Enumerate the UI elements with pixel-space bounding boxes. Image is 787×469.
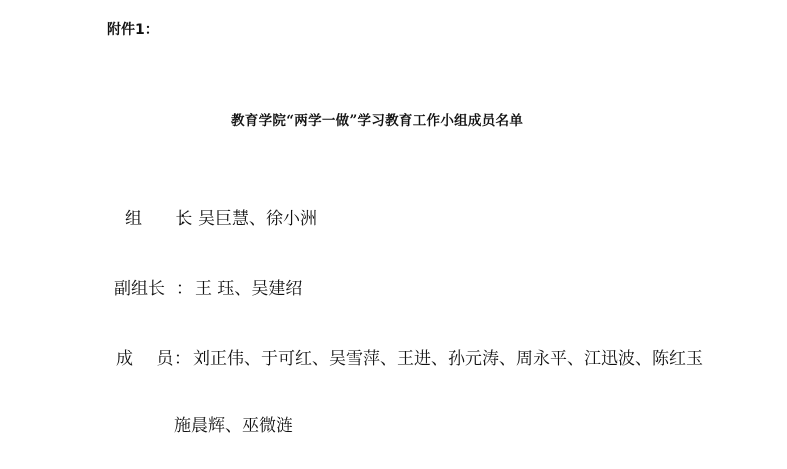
- role-names: 王 珏、吴建绍: [195, 274, 302, 299]
- role-row-leader: 组 长 ： 吴巨慧、徐小洲: [125, 204, 317, 229]
- role-label: 副组长: [114, 274, 174, 299]
- role-colon: ：: [176, 274, 193, 299]
- role-names: 刘正伟、于可红、吴雪萍、王进、孙元涛、周永平、江迅波、陈红玉: [193, 344, 703, 369]
- document-page: 附件1： 教育学院“两学一做”学习教育工作小组成员名单 组 长 ： 吴巨慧、徐小…: [0, 0, 787, 469]
- role-row-deputy-leader: 副组长 ： 王 珏、吴建绍: [114, 274, 302, 299]
- role-names-continued: 施晨辉、巫微涟: [174, 411, 293, 436]
- role-row-members: 成 员 ： 刘正伟、于可红、吴雪萍、王进、孙元涛、周永平、江迅波、陈红玉: [116, 344, 703, 369]
- role-label: 成 员: [116, 344, 172, 369]
- role-label: 组 长: [125, 204, 177, 229]
- role-colon: ：: [179, 204, 196, 229]
- role-colon: ：: [174, 344, 191, 369]
- attachment-label: 附件1：: [107, 19, 159, 39]
- document-title: 教育学院“两学一做”学习教育工作小组成员名单: [231, 109, 523, 129]
- role-names: 吴巨慧、徐小洲: [198, 204, 317, 229]
